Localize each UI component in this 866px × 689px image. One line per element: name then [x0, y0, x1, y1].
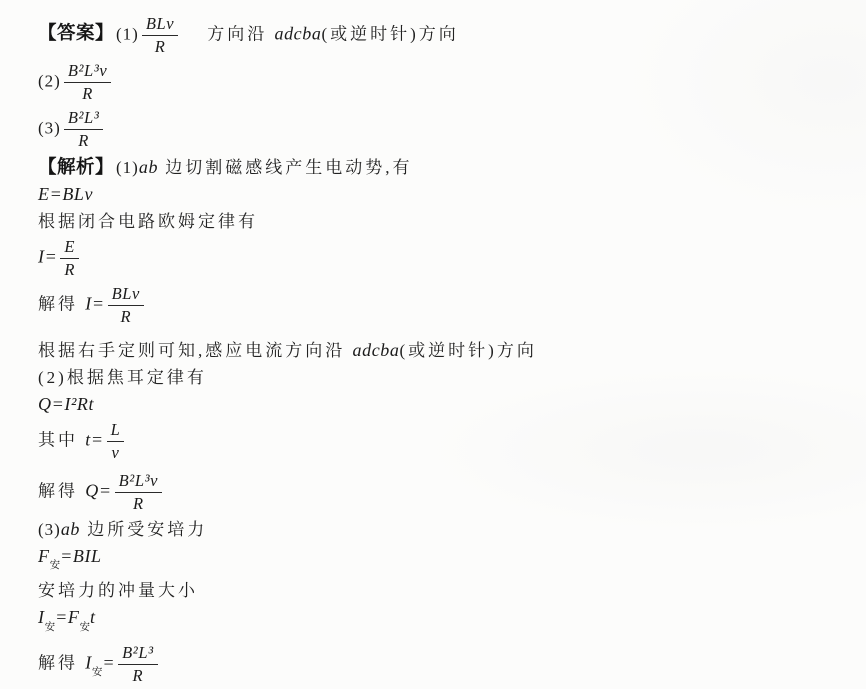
- body-text: 边所受安培力: [80, 520, 207, 539]
- answer-line-1: 【答案】(1)BLvR方向沿 adcba(或逆时针)方向: [38, 12, 850, 59]
- fraction: BLvR: [108, 284, 144, 327]
- math-text: t=: [85, 429, 103, 449]
- math-text: E=BLv: [38, 184, 93, 204]
- item-number: (3): [38, 118, 61, 137]
- body-text: 根据闭合电路欧姆定律有: [38, 212, 258, 231]
- fraction-denominator: R: [60, 260, 79, 280]
- fraction-denominator: R: [129, 494, 148, 514]
- item-number: (2): [38, 71, 61, 90]
- body-text: 解得: [38, 294, 85, 313]
- equation-emf: E=BLv: [38, 181, 850, 208]
- body-text: 边切割磁感线产生电动势,有: [158, 158, 413, 177]
- answer-line-2: (2)B²L³vR: [38, 59, 850, 106]
- item-number: (1): [116, 24, 139, 43]
- math-subscript: 安: [50, 560, 61, 571]
- right-hand-rule-statement: 根据右手定则可知,感应电流方向沿 adcba(或逆时针)方向: [38, 337, 850, 364]
- fraction: BLvR: [142, 14, 178, 57]
- fraction-denominator: R: [74, 131, 93, 151]
- math-text: Q=: [85, 480, 111, 500]
- fraction-numerator: B²L³: [118, 643, 158, 663]
- body-text: 根据右手定则可知,感应电流方向沿: [38, 341, 353, 360]
- fraction-numerator: B²L³v: [115, 471, 162, 491]
- math-text: =BIL: [60, 546, 102, 566]
- body-text: 其中: [38, 430, 85, 449]
- analysis-heading-line: 【解析】(1)ab 边切割磁感线产生电动势,有: [38, 153, 850, 181]
- math-text: adcba: [353, 340, 400, 360]
- body-text: (或逆时针)方向: [400, 341, 537, 360]
- section-label: 【答案】: [38, 22, 114, 43]
- body-text: 方向沿: [207, 24, 274, 43]
- math-text: I=: [38, 246, 57, 266]
- answer-line-3: (3)B²L³R: [38, 106, 850, 153]
- body-text: 解得: [38, 653, 85, 672]
- fraction: Lv: [107, 420, 125, 463]
- item-number: (3): [38, 520, 61, 539]
- equation-current: I=ER: [38, 235, 850, 282]
- fraction: B²L³R: [64, 108, 104, 151]
- fraction-denominator: R: [116, 307, 135, 327]
- fraction-bar: [60, 258, 79, 259]
- equation-impulse-solved: 解得 I安=B²L³R: [38, 641, 850, 688]
- body-text: (或逆时针)方向: [321, 24, 458, 43]
- math-text: t: [90, 607, 96, 627]
- fraction-bar: [64, 82, 111, 83]
- equation-current-solved: 解得 I=BLvR: [38, 282, 850, 329]
- section-label: 【解析】: [38, 156, 114, 177]
- math-text: ab: [61, 519, 80, 539]
- fraction-numerator: B²L³v: [64, 61, 111, 81]
- fraction-bar: [142, 35, 178, 36]
- fraction: B²L³vR: [115, 471, 162, 514]
- fraction: ER: [60, 237, 79, 280]
- fraction-denominator: R: [129, 666, 148, 686]
- math-subscript: 安: [79, 622, 90, 633]
- body-text: 解得: [38, 481, 85, 500]
- fraction: B²L³R: [118, 643, 158, 686]
- fraction-bar: [115, 492, 162, 493]
- fraction-denominator: R: [78, 84, 97, 104]
- equation-impulse: I安=F安t: [38, 604, 850, 638]
- math-text: ab: [139, 157, 158, 177]
- equation-ampere-force: F安=BIL: [38, 543, 850, 577]
- fraction-denominator: R: [151, 37, 170, 57]
- equation-heat: Q=I²Rt: [38, 391, 850, 418]
- equation-time: 其中 t=Lv: [38, 418, 850, 465]
- fraction-bar: [64, 129, 104, 130]
- fraction-numerator: BLv: [108, 284, 144, 304]
- math-text: Q=I²Rt: [38, 394, 94, 414]
- fraction-bar: [107, 441, 125, 442]
- math-subscript: 安: [45, 622, 56, 633]
- math-text: adcba: [274, 23, 321, 43]
- item-number: (1): [116, 158, 139, 177]
- fraction-bar: [118, 664, 158, 665]
- math-text: =: [102, 652, 115, 672]
- math-subscript: 安: [92, 667, 103, 678]
- math-text: =F: [55, 607, 79, 627]
- document-page: 【答案】(1)BLvR方向沿 adcba(或逆时针)方向(2)B²L³vR(3)…: [0, 0, 866, 689]
- fraction-numerator: BLv: [142, 14, 178, 34]
- fraction-denominator: v: [108, 443, 124, 463]
- fraction: B²L³vR: [64, 61, 111, 104]
- body-text: (2)根据焦耳定律有: [38, 368, 207, 387]
- fraction-numerator: L: [107, 420, 125, 440]
- joule-law-statement: (2)根据焦耳定律有: [38, 364, 850, 391]
- impulse-statement: 安培力的冲量大小: [38, 577, 850, 604]
- equation-heat-solved: 解得 Q=B²L³vR: [38, 469, 850, 516]
- math-text: I: [85, 652, 92, 672]
- math-text: I=: [85, 293, 104, 313]
- fraction-numerator: B²L³: [64, 108, 104, 128]
- math-text: I: [38, 607, 45, 627]
- body-text: 安培力的冲量大小: [38, 581, 198, 600]
- fraction-bar: [108, 305, 144, 306]
- math-text: F: [38, 546, 50, 566]
- fraction-numerator: E: [60, 237, 79, 257]
- ohm-law-statement: 根据闭合电路欧姆定律有: [38, 208, 850, 235]
- ampere-force-statement: (3)ab 边所受安培力: [38, 516, 850, 543]
